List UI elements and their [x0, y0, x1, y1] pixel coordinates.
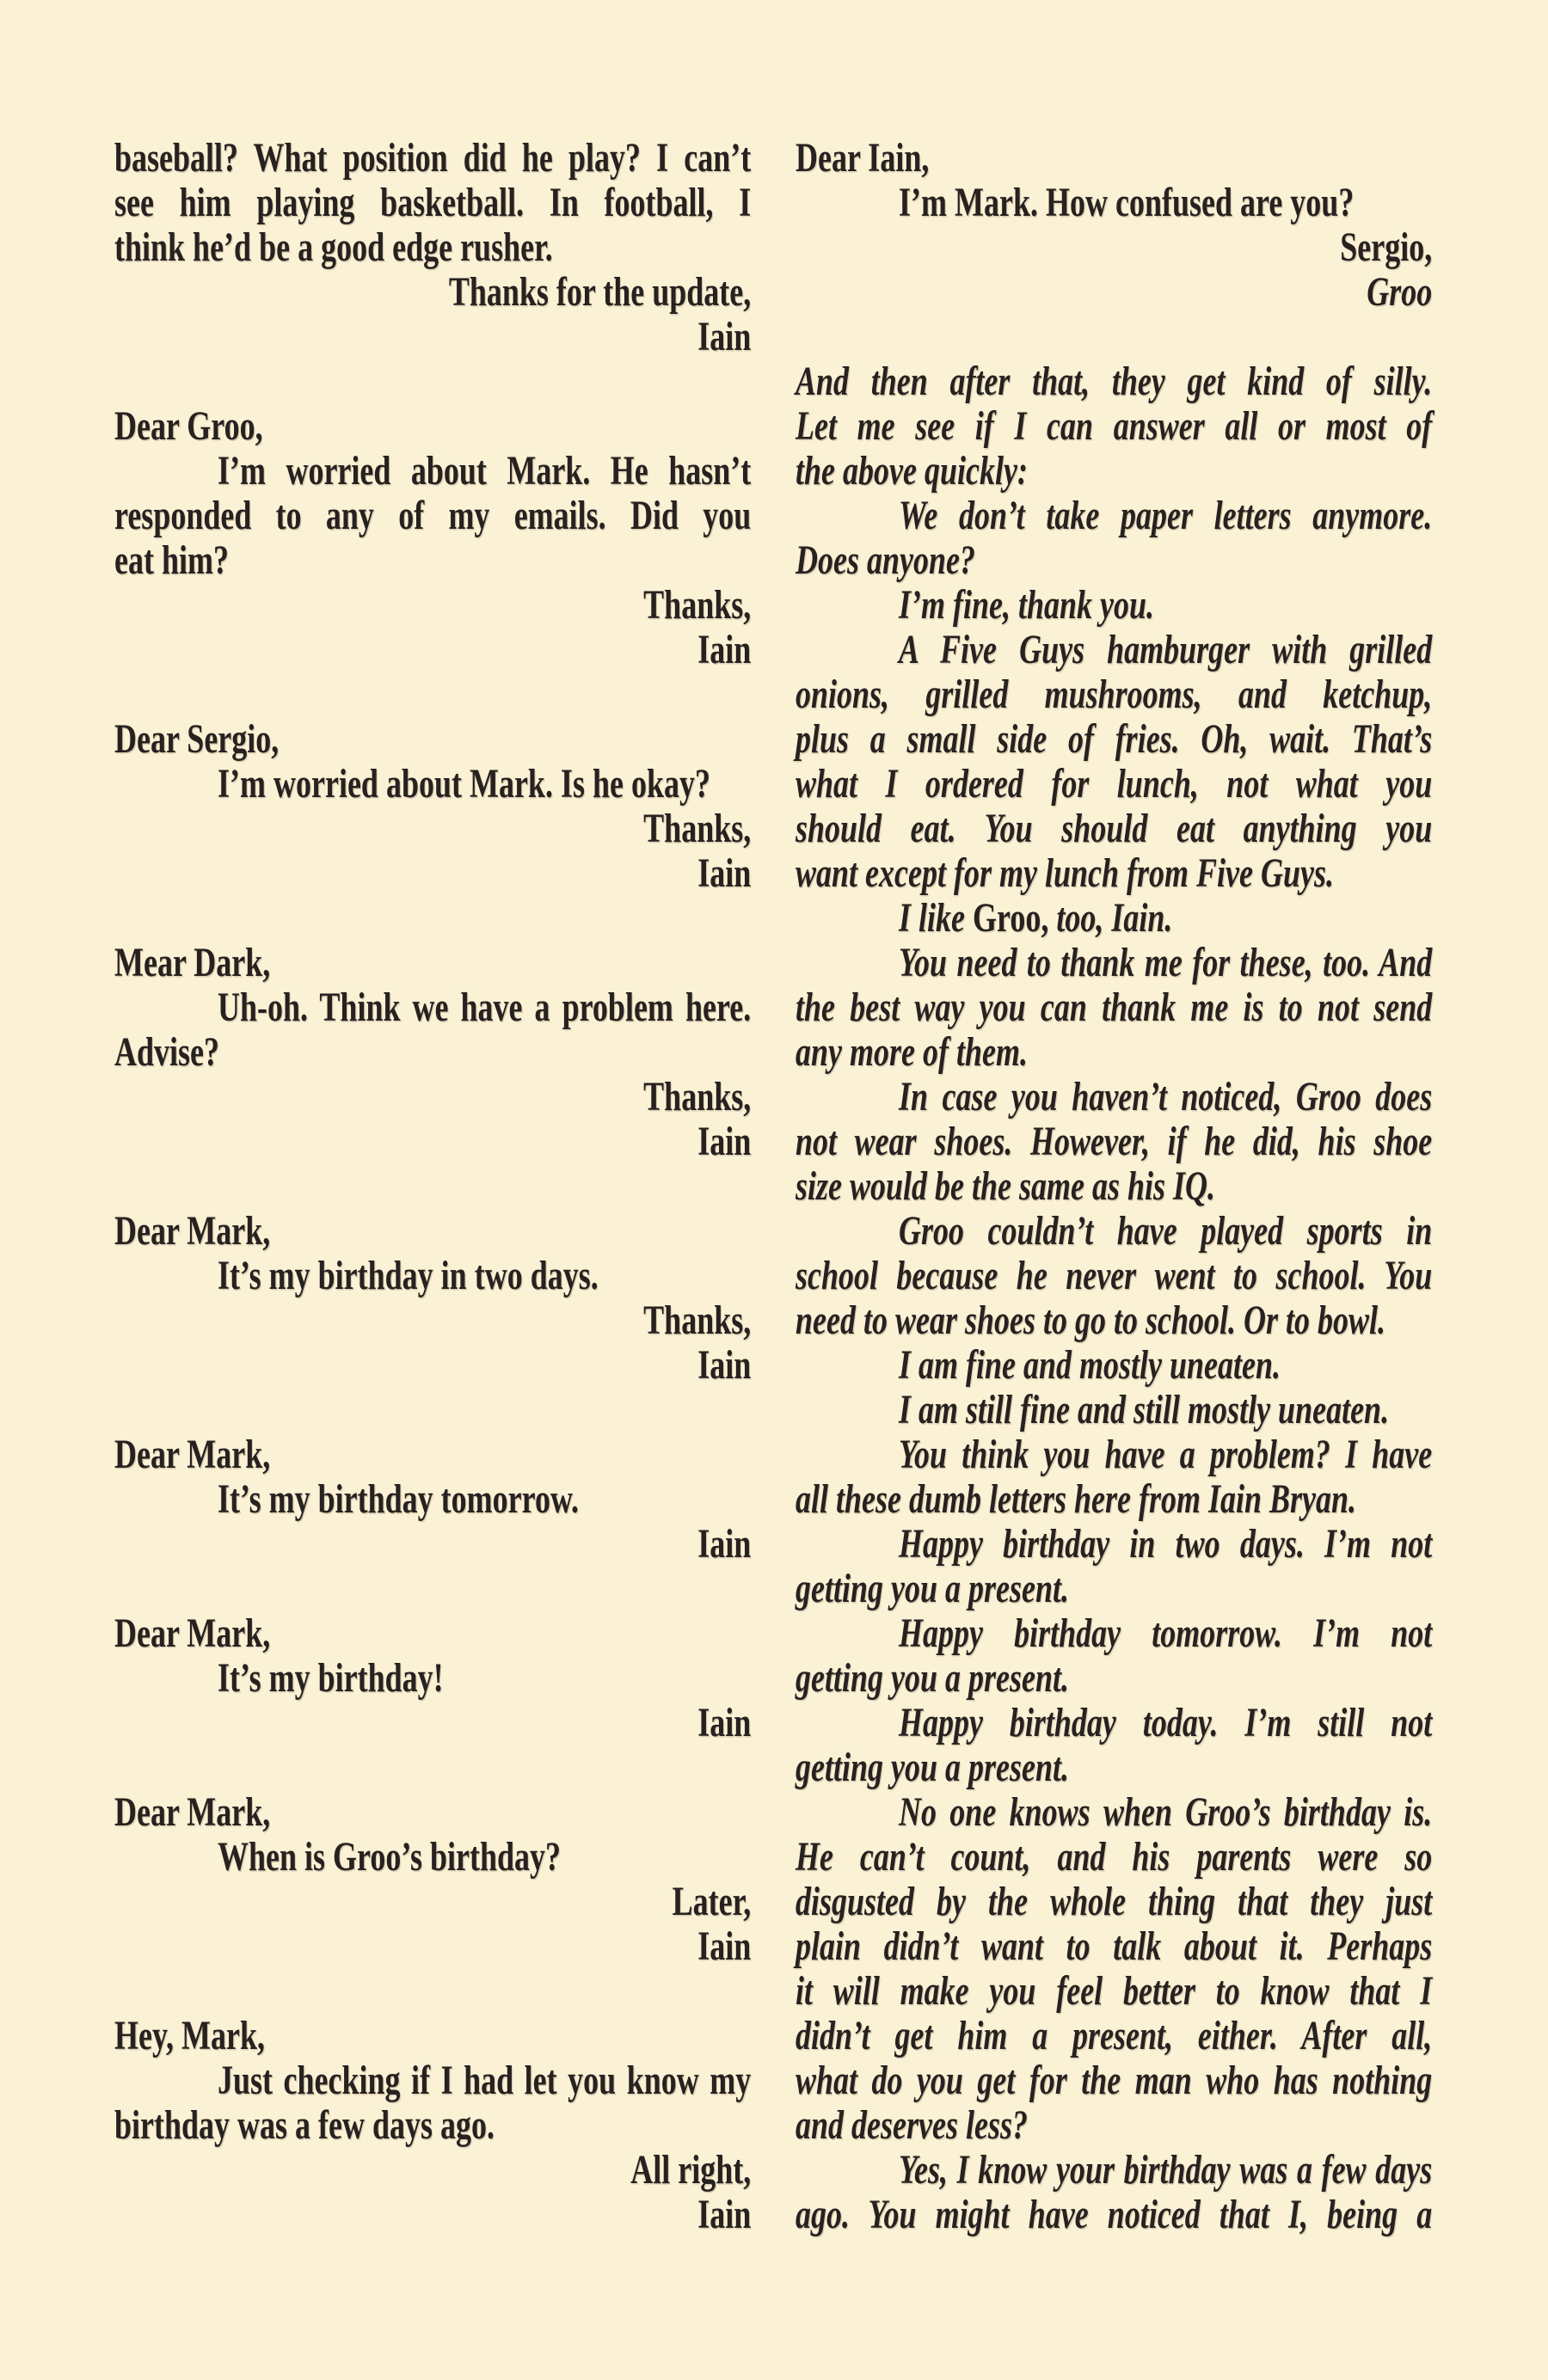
text-line: Sergio, — [795, 225, 1432, 270]
text-line: it will make you feel better to know tha… — [795, 1969, 1432, 2014]
text-line: No one knows when Groo’s birthday is. — [795, 1790, 1432, 1835]
text-line: getting you a present. — [795, 1567, 1432, 1611]
text-line: all these dumb letters here from Iain Br… — [795, 1477, 1432, 1522]
text-line: Thanks, — [114, 1298, 751, 1343]
text-line: Let me see if I can answer all or most o… — [795, 404, 1432, 449]
text-line: In case you haven’t noticed, Groo does — [795, 1075, 1432, 1119]
letter-block: Dear Mark,When is Groo’s birthday?Later,… — [114, 1790, 751, 1969]
text-line: Iain — [114, 851, 751, 896]
text-line: Iain — [114, 1924, 751, 1969]
text-line: Dear Iain, — [795, 136, 1432, 181]
text-line: I’m fine, thank you. — [795, 583, 1432, 628]
text-line: not wear shoes. However, if he did, his … — [795, 1119, 1432, 1164]
letter-block: Dear Groo,I’m worried about Mark. He has… — [114, 404, 751, 672]
text-line: He can’t count, and his parents were so — [795, 1835, 1432, 1880]
text-line: Iain — [114, 1522, 751, 1567]
letter-block: Dear Sergio,I’m worried about Mark. Is h… — [114, 717, 751, 896]
text-line: Dear Mark, — [114, 1790, 751, 1835]
text-line: I’m worried about Mark. Is he okay? — [114, 762, 751, 807]
text-line: baseball? What position did he play? I c… — [114, 136, 751, 181]
text-line: Groo couldn’t have played sports in — [795, 1209, 1432, 1254]
text-line: Hey, Mark, — [114, 2014, 751, 2058]
text-line: I’m Mark. How confused are you? — [795, 181, 1432, 225]
text-line: It’s my birthday! — [114, 1656, 751, 1701]
text-line: Dear Mark, — [114, 1209, 751, 1254]
right-column: Dear Iain,I’m Mark. How confused are you… — [795, 136, 1432, 2237]
text-line: Thanks, — [114, 807, 751, 851]
text-line: need to wear shoes to go to school. Or t… — [795, 1298, 1432, 1343]
letter-block: Dear Mark,It’s my birthday tomorrow.Iain — [114, 1432, 751, 1567]
text-line: Yes, I know your birthday was a few days — [795, 2148, 1432, 2193]
text-line: Groo — [795, 270, 1432, 315]
text-line: Dear Sergio, — [114, 717, 751, 762]
text-line: size would be the same as his IQ. — [795, 1164, 1432, 1209]
text-line: onions, grilled mushrooms, and ketchup, — [795, 672, 1432, 717]
text-line: Thanks for the update, — [114, 270, 751, 315]
text-run: too, Iain. — [1048, 895, 1172, 941]
letter-block: Mear Dark,Uh-oh. Think we have a problem… — [114, 941, 751, 1164]
text-run: I like — [899, 895, 973, 941]
text-line: We don’t take paper letters anymore. — [795, 494, 1432, 538]
text-line: Iain — [114, 315, 751, 359]
text-line: school because he never went to school. … — [795, 1254, 1432, 1298]
text-line: I like Groo, too, Iain. — [795, 896, 1432, 941]
text-line: I’m worried about Mark. He hasn’t — [114, 449, 751, 494]
text-line: A Five Guys hamburger with grilled — [795, 628, 1432, 672]
text-line: eat him? — [114, 538, 751, 583]
text-line: getting you a present. — [795, 1745, 1432, 1790]
text-line: disgusted by the whole thing that they j… — [795, 1880, 1432, 1924]
letter-block: Dear Mark,It’s my birthday in two days.T… — [114, 1209, 751, 1388]
text-line: Happy birthday in two days. I’m not — [795, 1522, 1432, 1567]
text-line: Happy birthday today. I’m still not — [795, 1701, 1432, 1745]
text-line: Iain — [114, 628, 751, 672]
left-column: baseball? What position did he play? I c… — [114, 136, 751, 2237]
text-line: Happy birthday tomorrow. I’m not — [795, 1611, 1432, 1656]
text-line: You think you have a problem? I have — [795, 1432, 1432, 1477]
text-line: When is Groo’s birthday? — [114, 1835, 751, 1880]
text-line: birthday was a few days ago. — [114, 2103, 751, 2148]
text-line: didn’t get him a present, either. After … — [795, 2014, 1432, 2058]
text-line: I am still fine and still mostly uneaten… — [795, 1388, 1432, 1432]
text-line: And then after that, they get kind of si… — [795, 359, 1432, 404]
text-line: Advise? — [114, 1030, 751, 1075]
text-line: the above quickly: — [795, 449, 1432, 494]
letter-block: Hey, Mark,Just checking if I had let you… — [114, 2014, 751, 2237]
text-line: It’s my birthday tomorrow. — [114, 1477, 751, 1522]
text-line: Mear Dark, — [114, 941, 751, 985]
text-line: Iain — [114, 2193, 751, 2237]
text-line: Iain — [114, 1119, 751, 1164]
letter-block: Dear Mark,It’s my birthday!Iain — [114, 1611, 751, 1745]
letters-page: baseball? What position did he play? I c… — [0, 0, 1548, 2380]
text-line: Uh-oh. Think we have a problem here. — [114, 985, 751, 1030]
text-run: Groo, — [973, 895, 1048, 941]
letter-block: Dear Iain,I’m Mark. How confused are you… — [795, 136, 1432, 315]
text-line: Just checking if I had let you know my — [114, 2058, 751, 2103]
text-line: Dear Groo, — [114, 404, 751, 449]
text-line: Later, — [114, 1880, 751, 1924]
text-line: plus a small side of fries. Oh, wait. Th… — [795, 717, 1432, 762]
text-line: Thanks, — [114, 583, 751, 628]
text-line: Iain — [114, 1343, 751, 1388]
text-line: and deserves less? — [795, 2103, 1432, 2148]
text-line: Does anyone? — [795, 538, 1432, 583]
text-line: responded to any of my emails. Did you — [114, 494, 751, 538]
text-line: getting you a present. — [795, 1656, 1432, 1701]
letter-block: And then after that, they get kind of si… — [795, 359, 1432, 2237]
text-line: You need to thank me for these, too. And — [795, 941, 1432, 985]
text-line: should eat. You should eat anything you — [795, 807, 1432, 851]
text-line: what I ordered for lunch, not what you — [795, 762, 1432, 807]
text-line: see him playing basketball. In football,… — [114, 181, 751, 225]
text-line: want except for my lunch from Five Guys. — [795, 851, 1432, 896]
text-line: the best way you can thank me is to not … — [795, 985, 1432, 1030]
text-line: think he’d be a good edge rusher. — [114, 225, 751, 270]
text-line: what do you get for the man who has noth… — [795, 2058, 1432, 2103]
text-line: Dear Mark, — [114, 1432, 751, 1477]
text-line: I am fine and mostly uneaten. — [795, 1343, 1432, 1388]
text-line: ago. You might have noticed that I, bein… — [795, 2193, 1432, 2237]
letter-block: baseball? What position did he play? I c… — [114, 136, 751, 359]
text-line: plain didn’t want to talk about it. Perh… — [795, 1924, 1432, 1969]
text-line: any more of them. — [795, 1030, 1432, 1075]
text-line: Dear Mark, — [114, 1611, 751, 1656]
text-line: All right, — [114, 2148, 751, 2193]
text-line: It’s my birthday in two days. — [114, 1254, 751, 1298]
text-line: Thanks, — [114, 1075, 751, 1119]
text-line: Iain — [114, 1701, 751, 1745]
